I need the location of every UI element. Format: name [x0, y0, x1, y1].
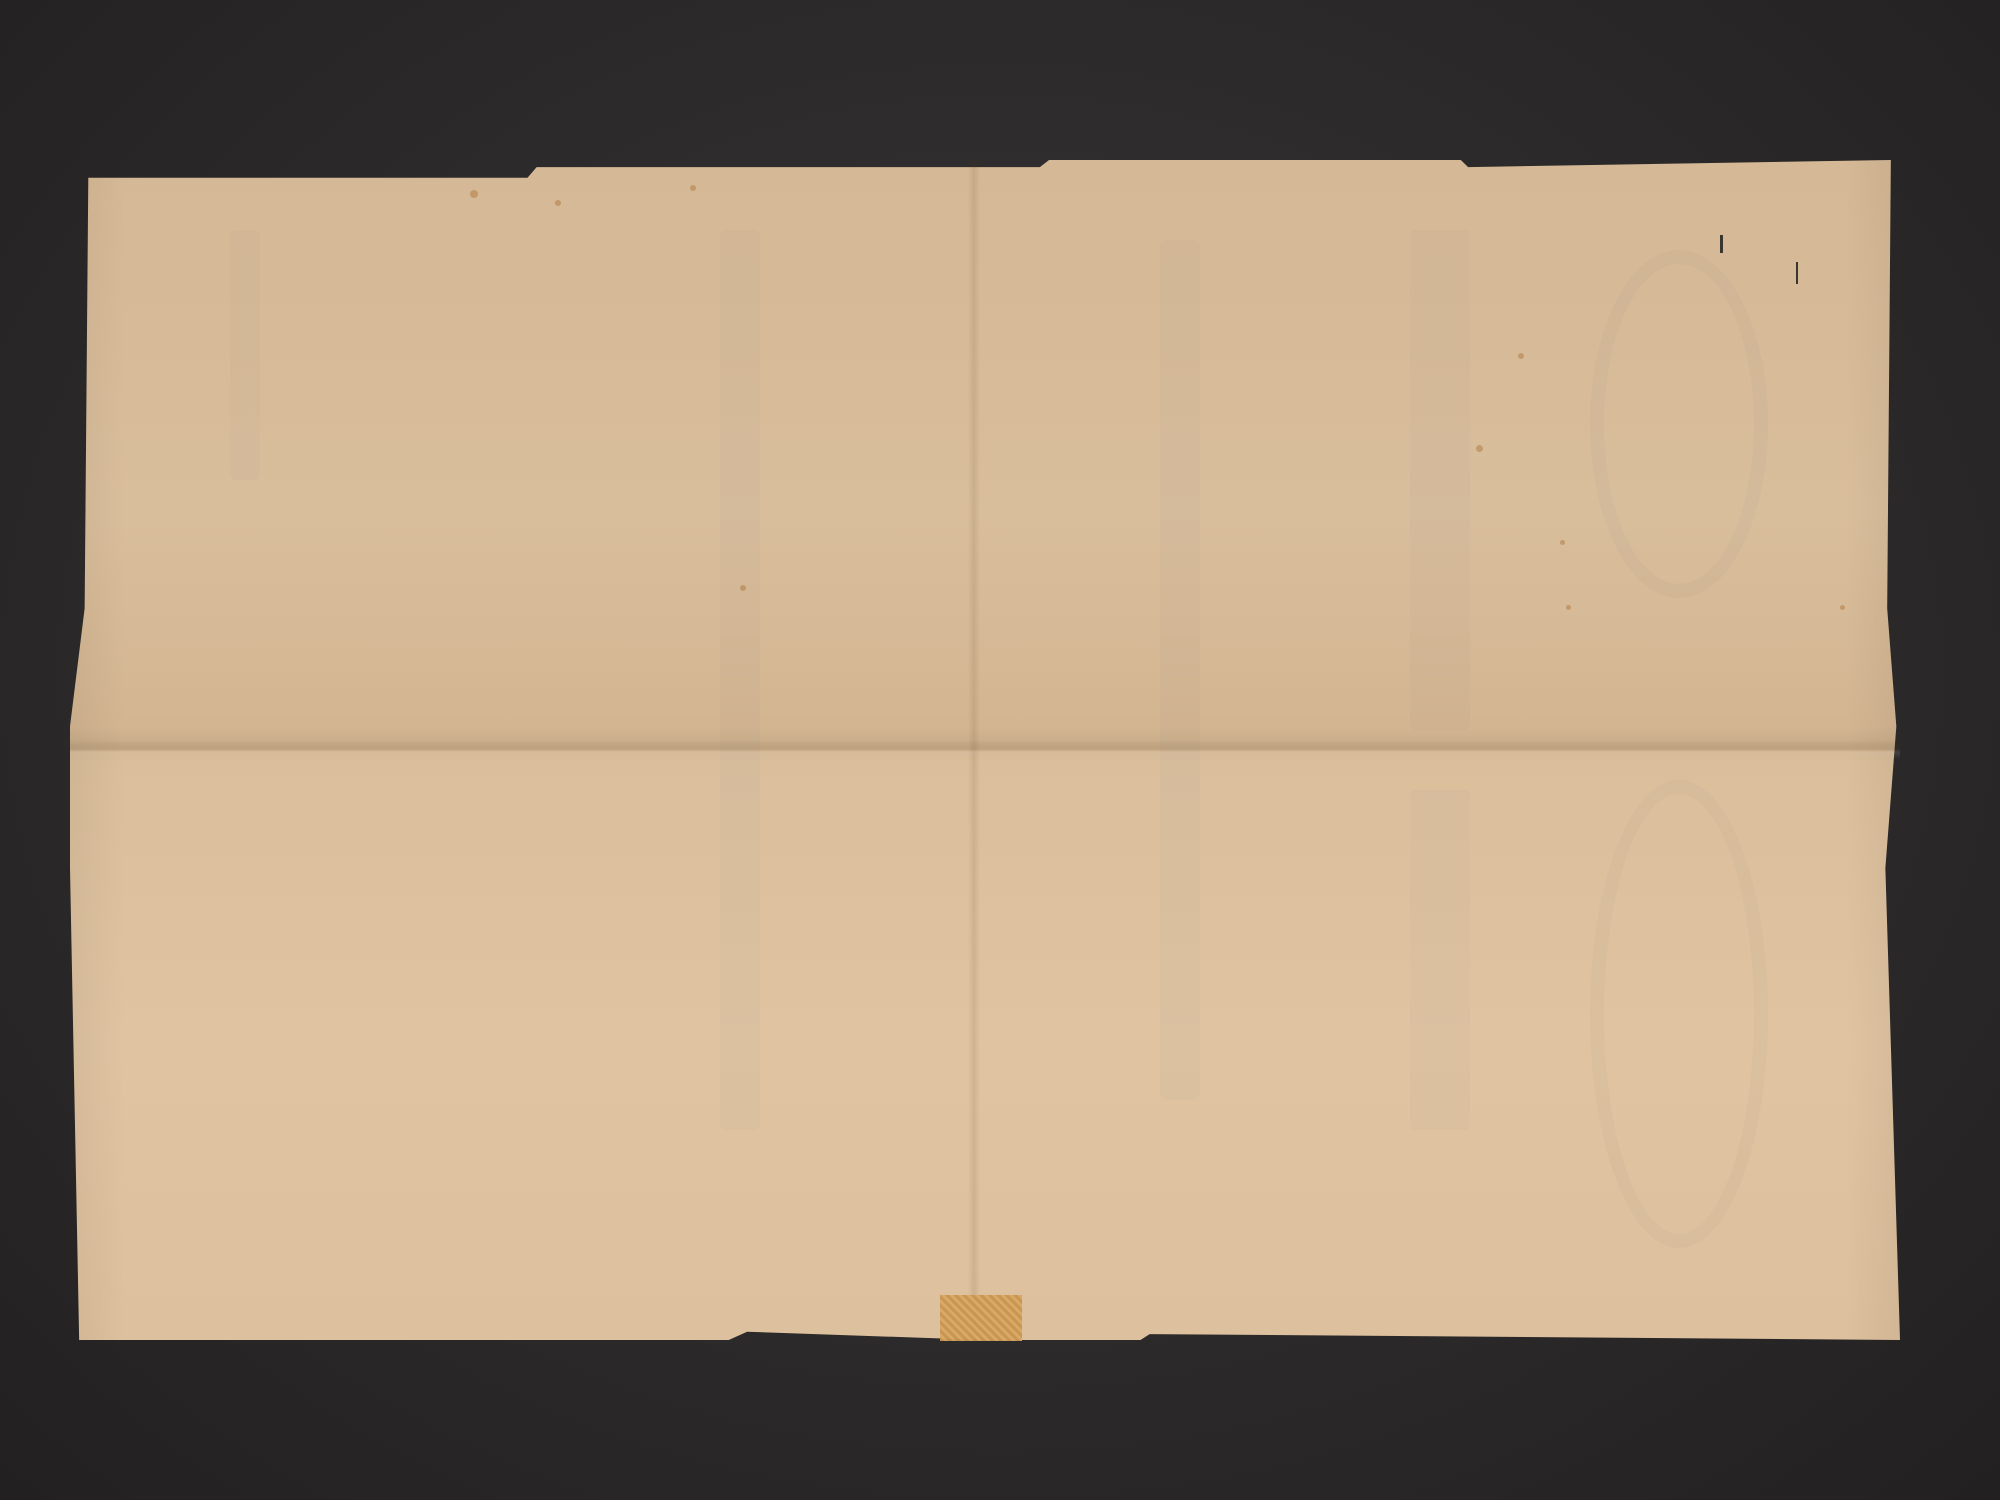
foxing-spot [555, 200, 561, 206]
ink-mark [1796, 262, 1798, 284]
foxing-spot [690, 185, 696, 191]
photo-scene [0, 0, 2000, 1500]
foxing-spot [1476, 445, 1483, 452]
show-through-text [720, 230, 760, 1130]
foxing-spot [740, 585, 746, 591]
foxing-spot [1566, 605, 1571, 610]
ink-mark [1720, 235, 1723, 253]
horizontal-fold-crease [70, 740, 1900, 760]
show-through-emblem [1590, 250, 1768, 598]
show-through-emblem [1590, 780, 1768, 1248]
show-through-text [1410, 790, 1470, 1130]
foxing-spot [1518, 353, 1524, 359]
foxing-spot [1560, 540, 1565, 545]
foxing-spot [1840, 605, 1845, 610]
tape-patch [940, 1295, 1022, 1341]
show-through-text [1410, 230, 1470, 730]
show-through-text [230, 230, 260, 480]
foxing-spot [470, 190, 478, 198]
show-through-text [1160, 240, 1200, 1100]
vertical-fold-crease [968, 160, 980, 1340]
